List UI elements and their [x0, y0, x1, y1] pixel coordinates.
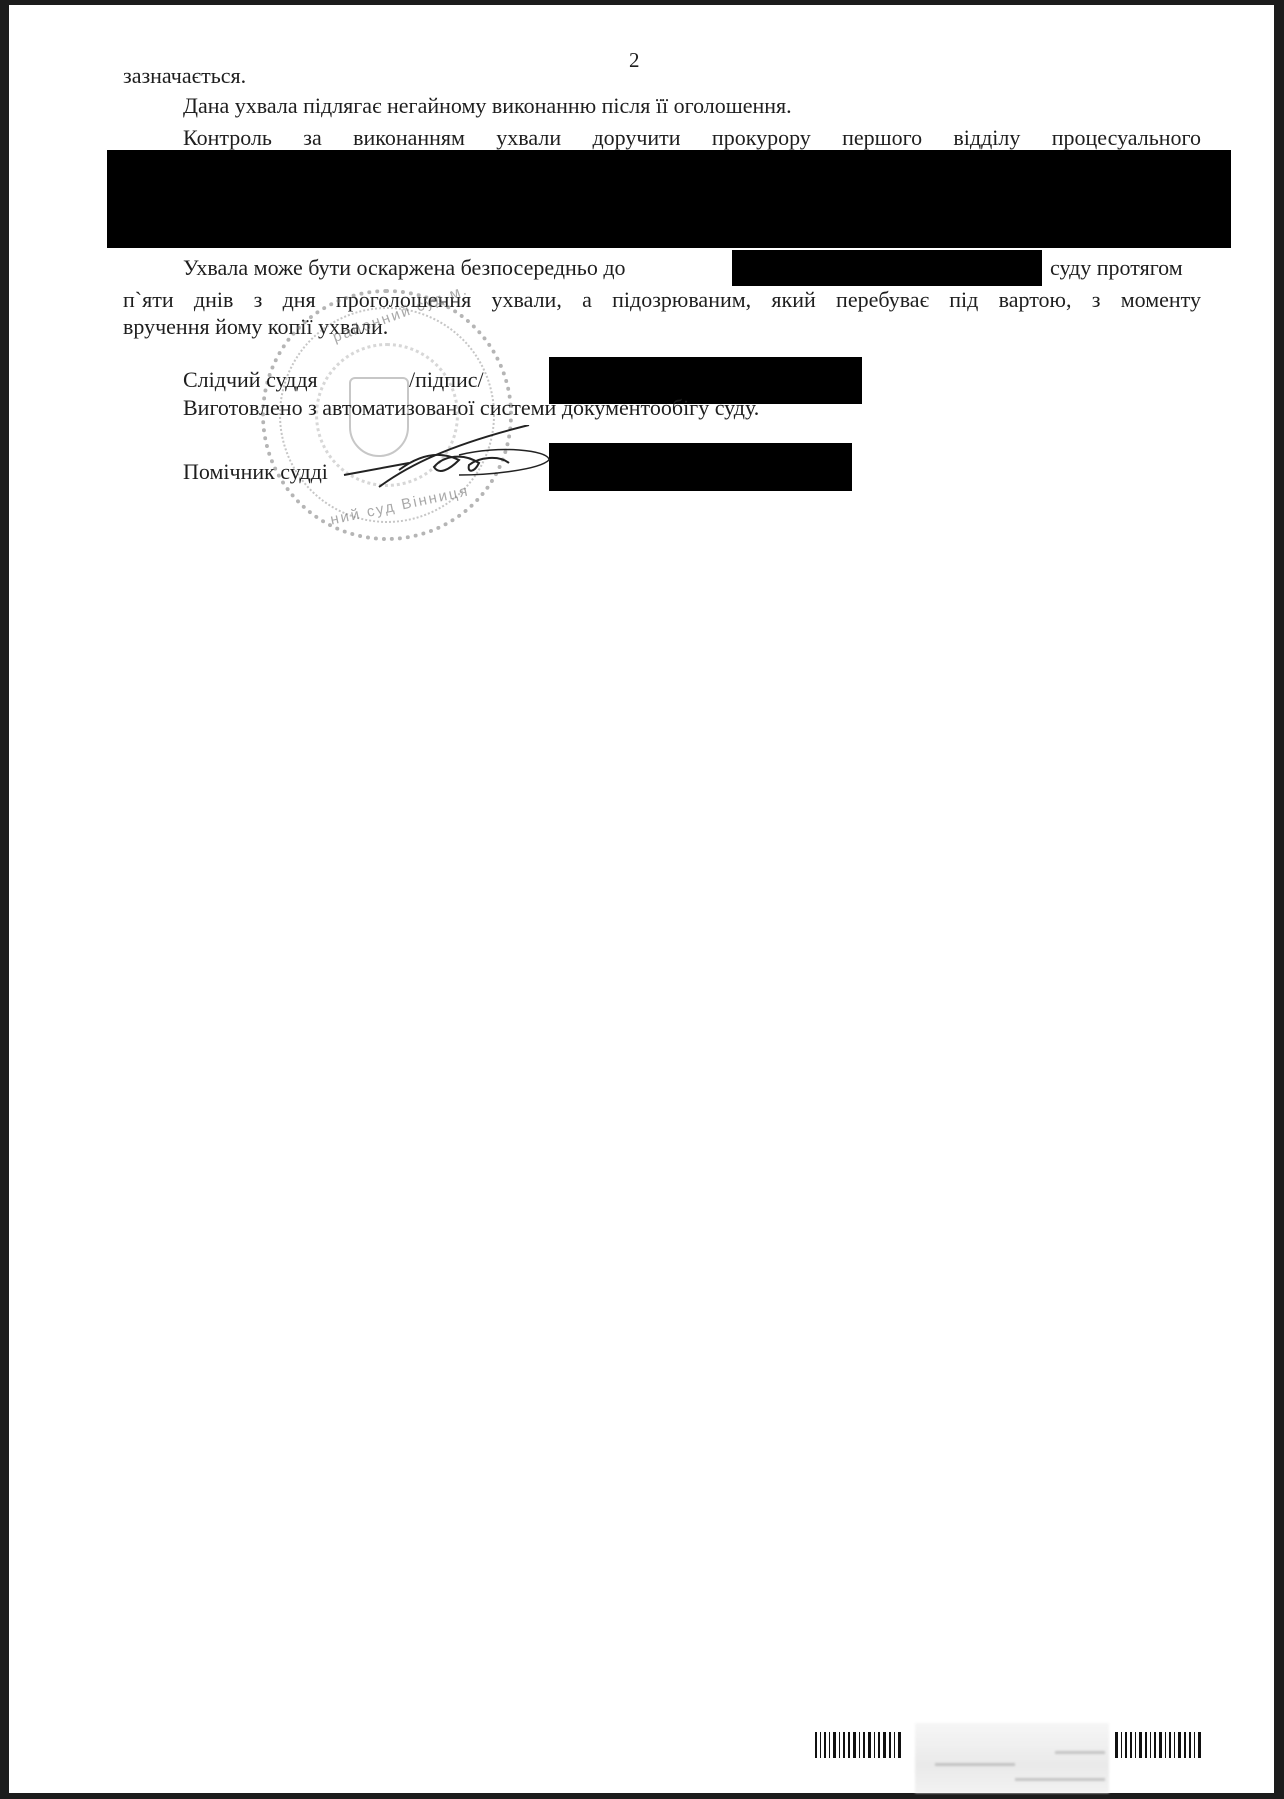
redaction-assistant-name [549, 443, 852, 491]
judge-signature-mark: /підпис/ [409, 367, 484, 393]
text-appeal-start: Ухвала може бути оскаржена безпосередньо… [183, 255, 626, 281]
barcode-bar [839, 1732, 840, 1758]
barcode-bar [889, 1732, 891, 1758]
barcode-bar [843, 1732, 845, 1758]
barcode-bar [1174, 1732, 1175, 1758]
barcode-bar [863, 1732, 865, 1758]
barcode-bar [868, 1732, 871, 1758]
barcode-bar [1159, 1732, 1162, 1758]
barcode-bar [1145, 1732, 1147, 1758]
barcode-bar [1135, 1732, 1136, 1758]
text-continuation: зазначається. [123, 63, 246, 89]
barcode-bar [1121, 1732, 1122, 1758]
generated-note: Виготовлено з автоматизованої системи до… [183, 395, 759, 421]
barcode-bar [894, 1732, 895, 1758]
barcode-bar [1154, 1732, 1156, 1758]
text-control: Контроль за виконанням ухвали доручити п… [183, 125, 1201, 151]
text-appeal-end: суду протягом [1050, 255, 1183, 281]
barcode-bar [1125, 1732, 1127, 1758]
page-number: 2 [629, 47, 640, 73]
barcode-bar [1130, 1732, 1132, 1758]
barcode-bar [853, 1732, 856, 1758]
barcode-bar [1194, 1732, 1195, 1758]
barcode-bar [1178, 1732, 1181, 1758]
barcode-bar [1150, 1732, 1151, 1758]
barcode-bar [1139, 1732, 1142, 1758]
barcode-bar [1169, 1732, 1171, 1758]
barcode-bar [1198, 1732, 1201, 1758]
text-appeal-line2: п`яти днів з дня проголошення ухвали, а … [123, 287, 1201, 313]
barcode-bar [874, 1732, 875, 1758]
barcode-bar [1184, 1732, 1186, 1758]
barcode-bar [820, 1732, 821, 1758]
redaction-court-name [732, 250, 1042, 286]
barcode-bar [859, 1732, 860, 1758]
barcode-bar [833, 1732, 836, 1758]
redaction-prosecutor [107, 150, 1231, 248]
judge-label: Слідчий суддя [183, 367, 318, 393]
handwritten-signature-icon [339, 425, 559, 495]
barcode-bar [848, 1732, 850, 1758]
document-page: 2 зазначається. Дана ухвала підлягає нег… [9, 5, 1274, 1793]
barcode-bar [815, 1732, 817, 1758]
barcode-bar [1165, 1732, 1166, 1758]
barcode-bar [1189, 1732, 1191, 1758]
assistant-label: Помічник судді [183, 459, 328, 485]
barcode-bar [1115, 1732, 1118, 1758]
barcode-bar [883, 1732, 886, 1758]
barcode-bar [878, 1732, 880, 1758]
barcode-bar [829, 1732, 830, 1758]
barcode-left [815, 1732, 901, 1758]
barcode-bar [898, 1732, 901, 1758]
blurred-barcode-number [915, 1723, 1109, 1793]
barcode-right [1115, 1732, 1201, 1758]
text-execution: Дана ухвала підлягає негайному виконанню… [183, 93, 792, 119]
barcode-bar [824, 1732, 826, 1758]
